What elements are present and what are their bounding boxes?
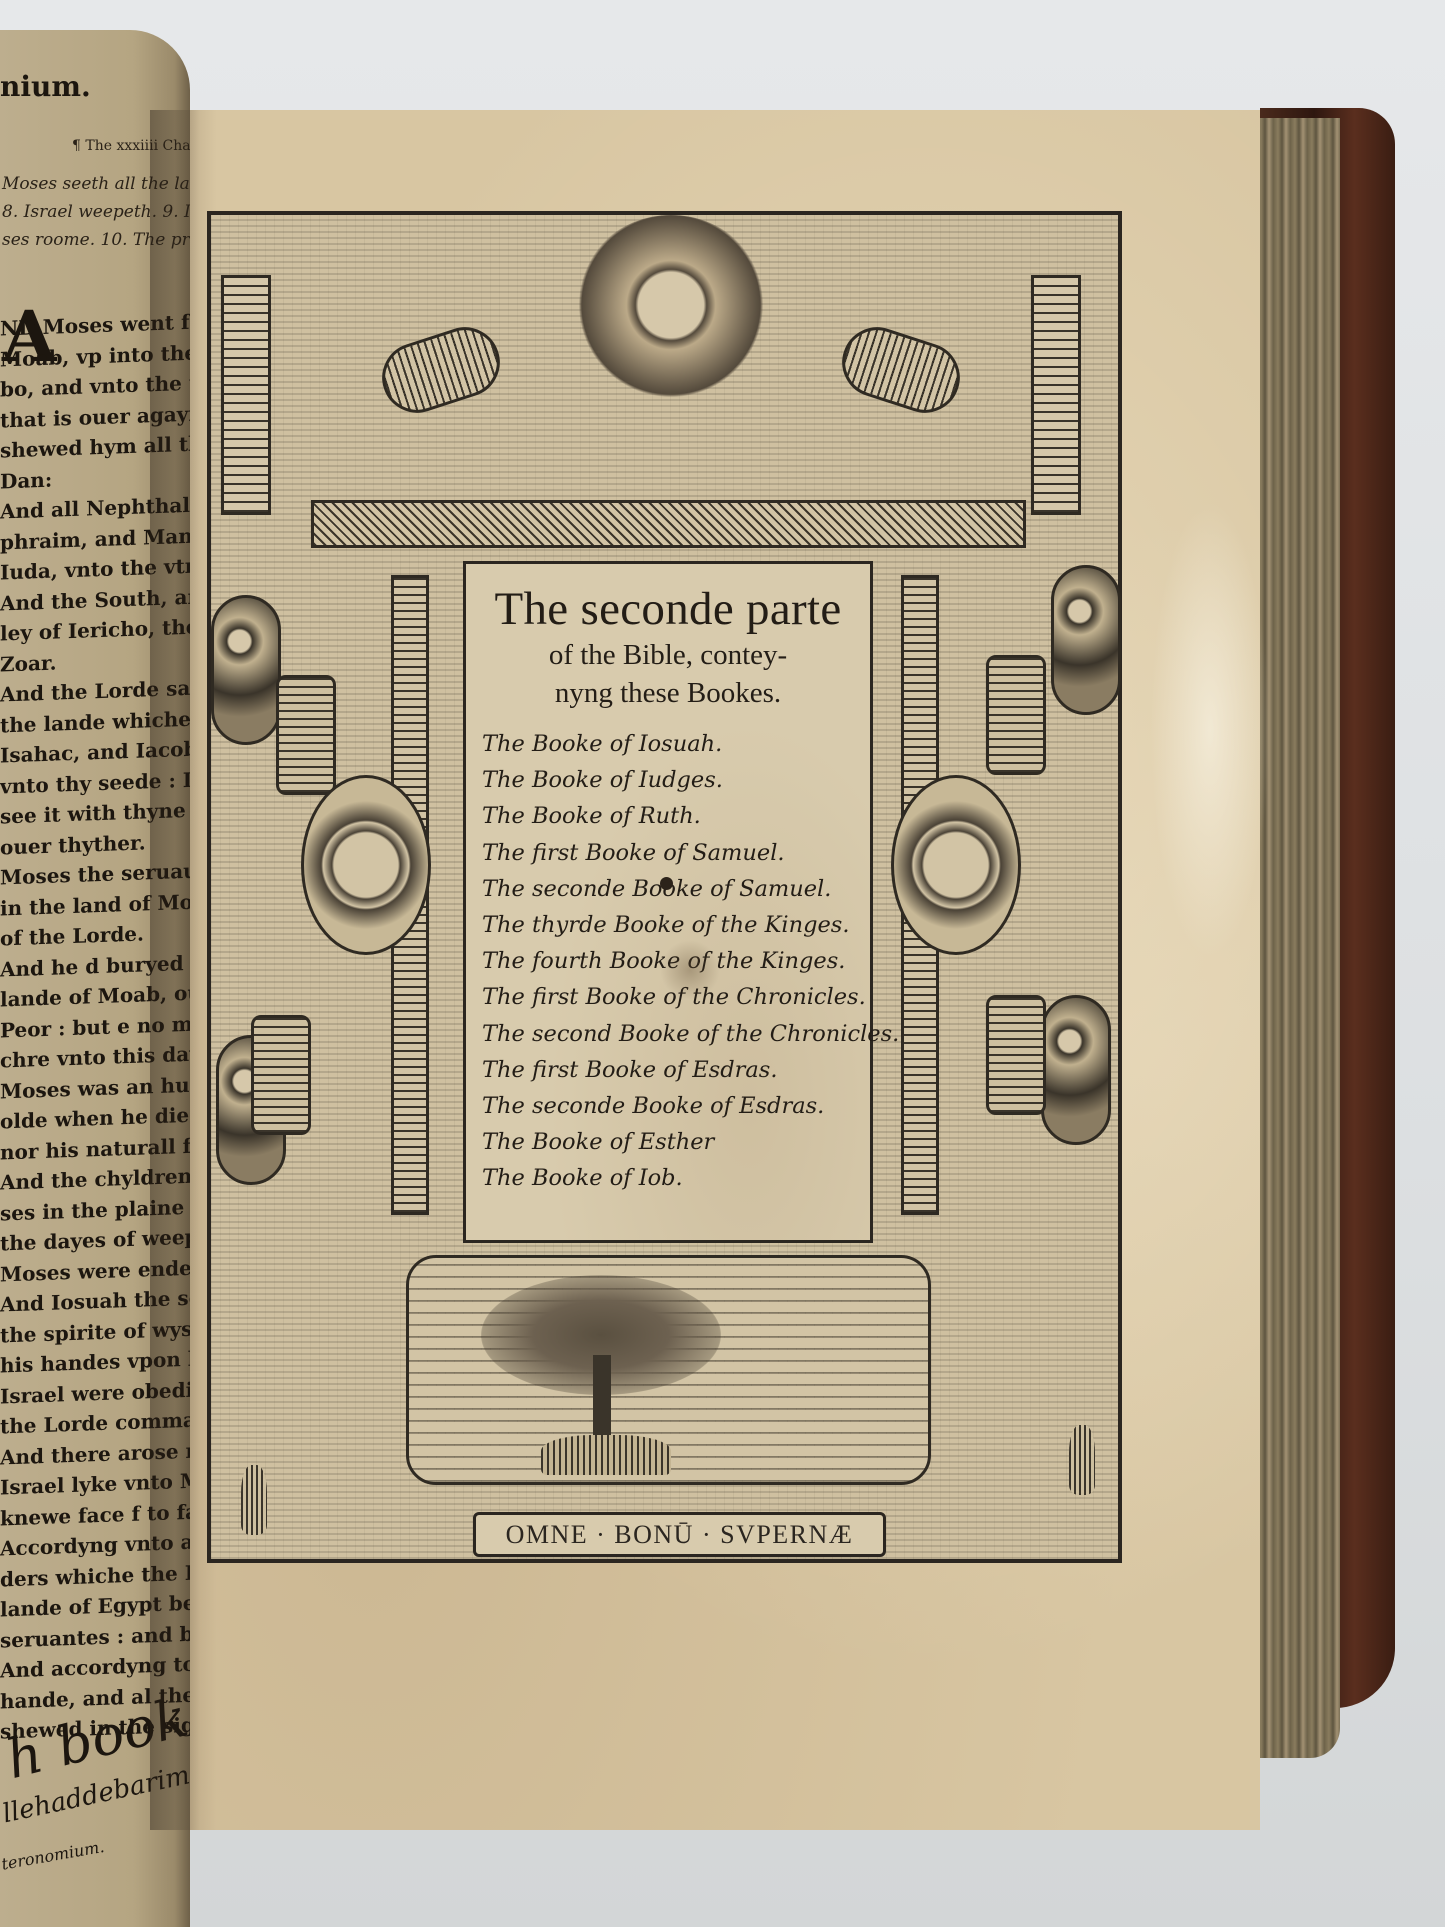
book-list-item: The seconde Booke of Samuel. — [482, 871, 860, 907]
subtitle-line: nyng these Bookes. — [476, 674, 860, 712]
book-list-item: The Booke of Iudges. — [482, 762, 860, 798]
paper-smudge — [660, 940, 720, 1000]
book-list-item: The Booke of Esther — [482, 1124, 860, 1160]
book-list-item: The Booke of Ruth. — [482, 798, 860, 834]
fruit-garland-icon — [1051, 565, 1121, 715]
book-list-item: The thyrde Booke of the Kinges. — [482, 907, 860, 943]
column-ornament-right — [1031, 275, 1081, 515]
colophon-smallline: teronomium. — [0, 1837, 106, 1874]
tree-trunk — [593, 1355, 611, 1445]
lion-mask-medallion-right — [891, 775, 1021, 955]
fruit-garland-icon — [1041, 995, 1111, 1145]
title-panel: The seconde parte of the Bible, contey- … — [463, 561, 873, 1243]
book-list-item: The first Booke of Samuel. — [482, 835, 860, 871]
scroll-drum-ornament — [251, 1015, 311, 1135]
book-list-item: The Booke of Iob. — [482, 1160, 860, 1196]
page-title: The seconde parte — [476, 582, 860, 636]
left-running-head: nium. — [0, 70, 91, 103]
tassel-icon — [1069, 1425, 1095, 1495]
book-list-item: The Booke of Iosuah. — [482, 726, 860, 762]
scroll-drum-ornament — [986, 995, 1046, 1115]
tassel-icon — [241, 1465, 267, 1535]
book-list-item: The first Booke of Esdras. — [482, 1052, 860, 1088]
scroll-drum-ornament — [986, 655, 1046, 775]
ink-spot — [660, 877, 673, 890]
cartouche-top-band — [311, 500, 1026, 548]
scroll-ornament-right — [833, 318, 969, 422]
motto-banner: OMNE · BONŪ · SVPERNÆ — [473, 1512, 886, 1557]
scroll-ornament-left — [373, 318, 509, 422]
book-list-item: The second Booke of the Chronicles. — [482, 1016, 860, 1052]
gutter-shadow — [150, 110, 200, 1830]
lion-mask-medallion-left — [301, 775, 431, 955]
fruit-garland-icon — [211, 595, 281, 745]
cherub-face-ornament — [571, 215, 771, 415]
page-stain — [1150, 500, 1270, 960]
scroll-drum-ornament — [276, 675, 336, 795]
subtitle-line: of the Bible, contey- — [476, 636, 860, 674]
column-ornament-left — [221, 275, 271, 515]
tree-mound — [541, 1435, 671, 1475]
book-list-item: The seconde Booke of Esdras. — [482, 1088, 860, 1124]
